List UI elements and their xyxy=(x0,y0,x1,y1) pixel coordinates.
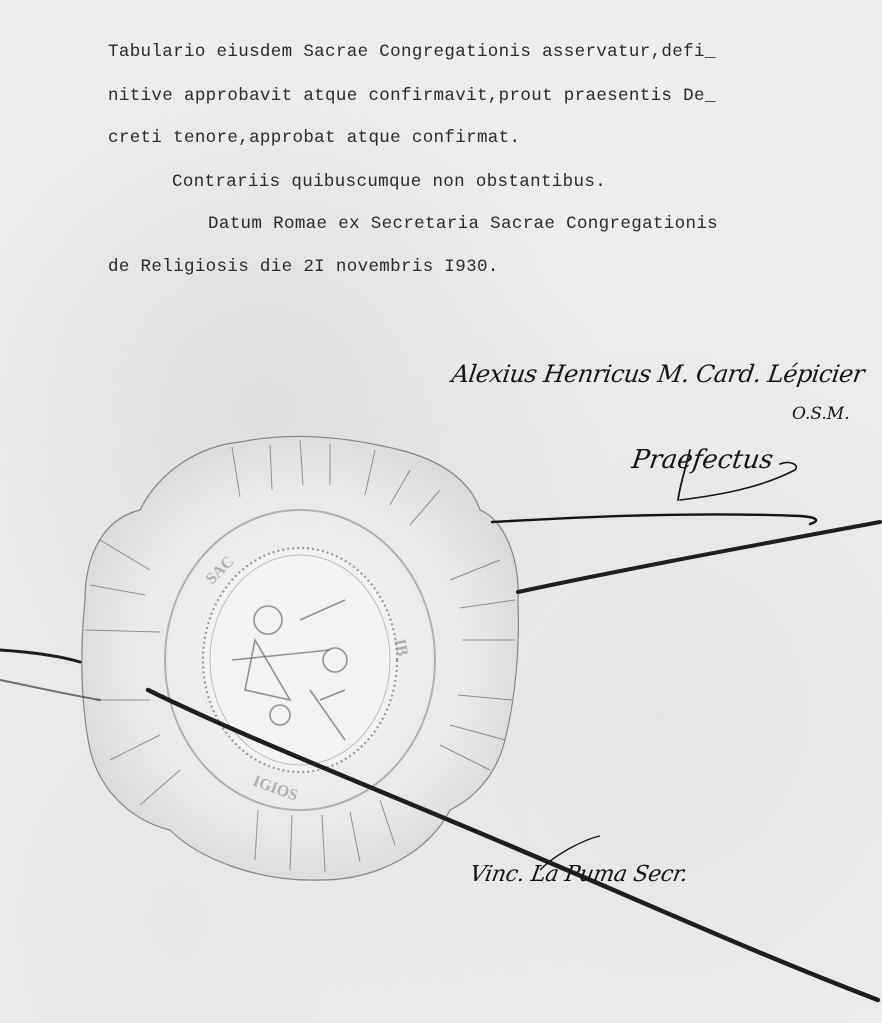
typed-line-3: creti tenore,approbat atque confirmat. xyxy=(108,130,520,148)
typed-line-1: Tabulario eiusdem Sacrae Congregationis … xyxy=(108,44,716,62)
secretary-signature: Vinc. La Puma Secr. xyxy=(468,862,690,887)
typed-line-datum: Datum Romae ex Secretaria Sacrae Congreg… xyxy=(208,216,718,234)
prefect-order: O.S.M. xyxy=(792,404,850,424)
typed-line-date: de Religiosis die 2I novembris I930. xyxy=(108,259,499,277)
typed-line-contrariis: Contrariis quibuscumque non obstantibus. xyxy=(172,174,606,192)
paper-background xyxy=(0,0,882,1023)
prefect-signature: Alexius Henricus M. Card. Lépicier xyxy=(450,360,866,388)
prefect-title: Praefectus xyxy=(630,445,775,475)
typed-line-2: nitive approbavit atque confirmavit,prou… xyxy=(108,88,716,106)
